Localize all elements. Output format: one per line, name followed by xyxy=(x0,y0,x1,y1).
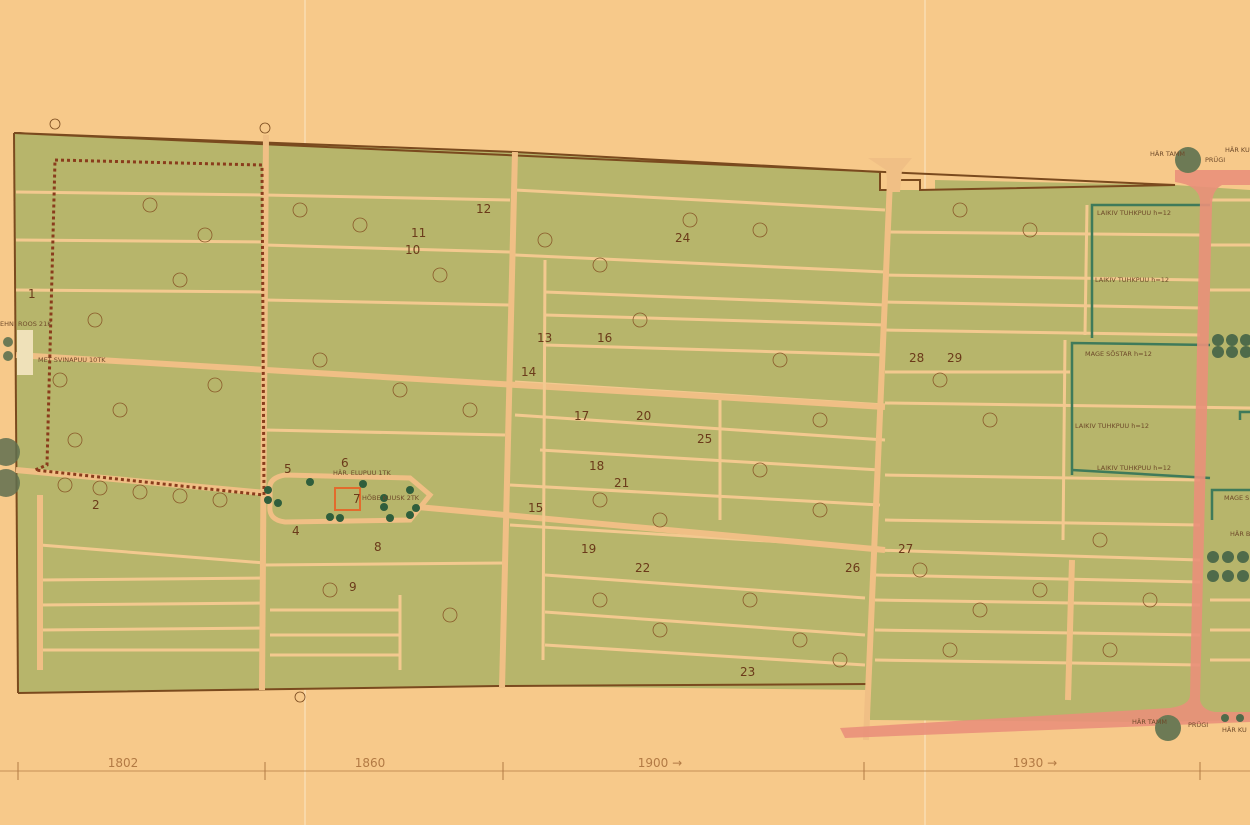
block-label-laikiv-2: LAIKIV TUHKPUU h=12 xyxy=(1095,276,1169,284)
block-label-mage: MAGE SÕSTAR h=12 xyxy=(1085,349,1152,358)
plot-number-25: 25 xyxy=(697,432,712,446)
west-gate-label-2: MET SVINAPUU 10TK xyxy=(38,356,106,364)
plot-number-17: 17 xyxy=(574,409,589,423)
plot-number-26: 26 xyxy=(845,561,860,575)
plot-number-15: 15 xyxy=(528,501,543,515)
plot-number-23: 23 xyxy=(740,665,755,679)
plot-number-13: 13 xyxy=(537,331,552,345)
plot-number-4: 4 xyxy=(292,524,300,538)
era-1802-label: 1802 xyxy=(108,756,139,770)
bottom-har-tamm: HÄR TAMM xyxy=(1132,717,1167,726)
plot-number-21: 21 xyxy=(614,476,629,490)
bottom-har-kuusk: HÄR KU xyxy=(1222,725,1247,734)
plot-number-5: 5 xyxy=(284,462,292,476)
era-1930-label: 1930 → xyxy=(1013,756,1057,770)
top-prugi: PRÜGI xyxy=(1205,155,1225,164)
memorial-sub-label: HÕBE KUUSK 2TK xyxy=(362,493,420,502)
memorial-plaza: HÄR. ELUPUU 1TK HÕBE KUUSK 2TK xyxy=(264,468,430,522)
top-har-kuusk: HÄR KUUSK xyxy=(1225,145,1250,154)
plot-number-2: 2 xyxy=(92,498,100,512)
plot-number-29: 29 xyxy=(947,351,962,365)
har-b-label: HÄR B xyxy=(1230,529,1250,538)
block-label-laikiv-3a: LAIKIV TUHKPUU h=12 xyxy=(1075,422,1149,430)
block-label-laikiv-top: LAIKIV TUHKPUU h=12 xyxy=(1097,209,1171,217)
plot-number-9: 9 xyxy=(349,580,357,594)
plot-number-8: 8 xyxy=(374,540,382,554)
west-gate-label-1: EHN. ROOS 21K xyxy=(0,320,52,328)
bottom-prugi: PRÜGI xyxy=(1188,720,1208,729)
plot-number-18: 18 xyxy=(589,459,604,473)
plot-number-20: 20 xyxy=(636,409,651,423)
plot-number-6: 6 xyxy=(341,456,349,470)
plot-number-14: 14 xyxy=(521,365,536,379)
plot-number-7: 7 xyxy=(353,492,361,506)
plot-number-19: 19 xyxy=(581,542,596,556)
plot-number-10: 10 xyxy=(405,243,420,257)
plot-number-1: 1 xyxy=(28,287,36,301)
plot-number-24: 24 xyxy=(675,231,690,245)
plot-number-12: 12 xyxy=(476,202,491,216)
plot-number-22: 22 xyxy=(635,561,650,575)
plot-number-27: 27 xyxy=(898,542,913,556)
cemetery-site-plan: HÄR. ELUPUU 1TK HÕBE KUUSK 2TK EHN. ROOS… xyxy=(0,0,1250,825)
block-label-mage-2: MAGE S xyxy=(1224,494,1249,502)
plot-number-16: 16 xyxy=(597,331,612,345)
plot-number-28: 28 xyxy=(909,351,924,365)
block-label-laikiv-3b: LAIKIV TUHKPUU h=12 xyxy=(1097,464,1171,472)
top-har-tamm: HÄR TAMM xyxy=(1150,149,1185,158)
plot-number-11: 11 xyxy=(411,226,426,240)
era-1900-label: 1900 → xyxy=(638,756,682,770)
era-1860-label: 1860 xyxy=(355,756,386,770)
